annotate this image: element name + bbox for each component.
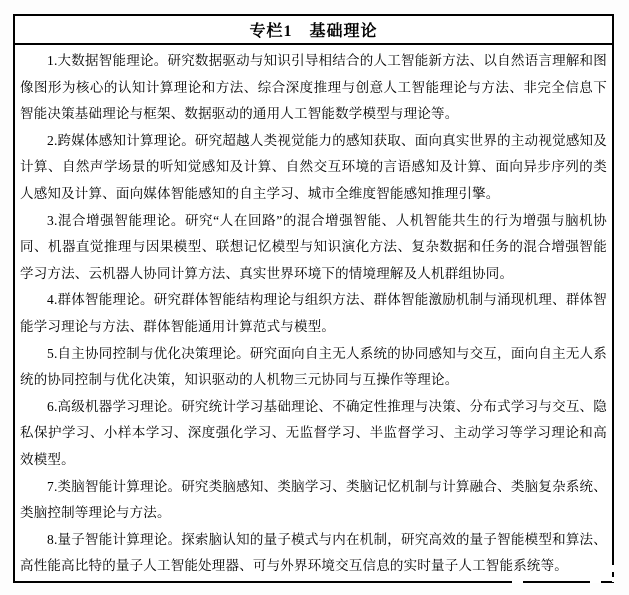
theory-paragraph-5: 5.自主协同控制与优化决策理论。研究面向自主无人系统的协同感知与交互，面向自主无… xyxy=(20,341,607,394)
document-page: 专栏1 基础理论 1.大数据智能理论。研究数据驱动与知识引导相结合的人工智能新方… xyxy=(0,0,629,595)
page-break-dash-artifact xyxy=(590,581,601,583)
theory-paragraph-4: 4.群体智能理论。研究群体智能结构理论与组织方法、群体智能激励机制与涌现机理、群… xyxy=(20,287,607,340)
panel-body: 1.大数据智能理论。研究数据驱动与知识引导相结合的人工智能新方法、以自然语言理解… xyxy=(15,45,612,580)
theory-paragraph-3: 3.混合增强智能理论。研究“人在回路”的混合增强智能、人机智能共生的行为增强与脑… xyxy=(20,208,607,288)
theory-paragraph-7: 7.类脑智能计算理论。研究类脑感知、类脑学习、类脑记忆机制与计算融合、类脑复杂系… xyxy=(20,474,607,527)
theory-paragraph-1: 1.大数据智能理论。研究数据驱动与知识引导相结合的人工智能新方法、以自然语言理解… xyxy=(20,48,607,128)
panel: 专栏1 基础理论 1.大数据智能理论。研究数据驱动与知识引导相结合的人工智能新方… xyxy=(13,14,614,583)
panel-title: 专栏1 基础理论 xyxy=(15,16,612,45)
page-break-dash-artifact xyxy=(612,565,614,572)
theory-paragraph-6: 6.高级机器学习理论。研究统计学习基础理论、不确定性推理与决策、分布式学习与交互… xyxy=(20,394,607,474)
theory-paragraph-2: 2.跨媒体感知计算理论。研究超越人类视觉能力的感知获取、面向真实世界的主动视觉感… xyxy=(20,128,607,208)
theory-paragraph-8: 8.量子智能计算理论。探索脑认知的量子模式与内在机制，研究高效的量子智能模型和算… xyxy=(20,527,607,580)
page-break-dash-artifact xyxy=(512,581,523,583)
page-break-dash-artifact xyxy=(612,577,614,582)
